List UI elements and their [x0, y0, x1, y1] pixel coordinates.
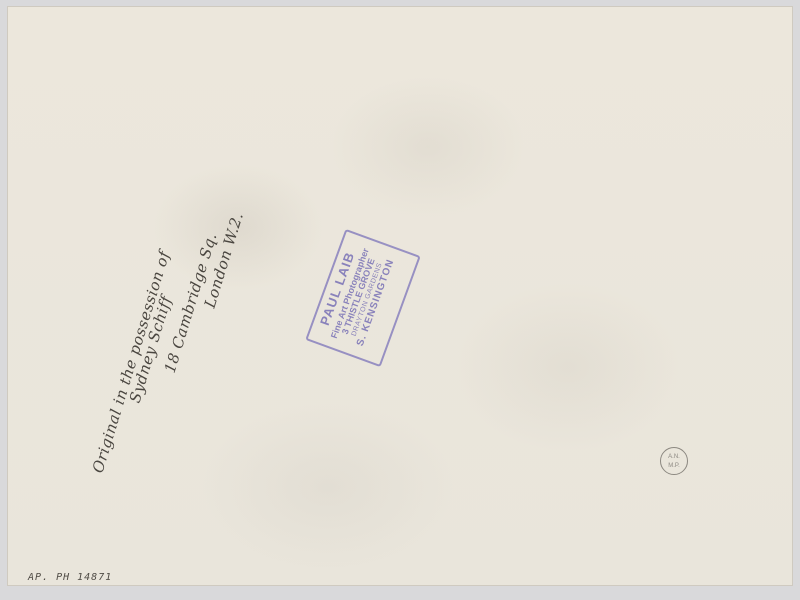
seal-line-1: A.N. [661, 453, 687, 462]
collector-mark-seal: A.N. M.P. [660, 447, 688, 475]
seal-line-2: M.P. [661, 462, 687, 471]
accession-number: AP. PH 14871 [28, 572, 112, 583]
inscription-line-1: Original in the possession of [89, 249, 174, 475]
